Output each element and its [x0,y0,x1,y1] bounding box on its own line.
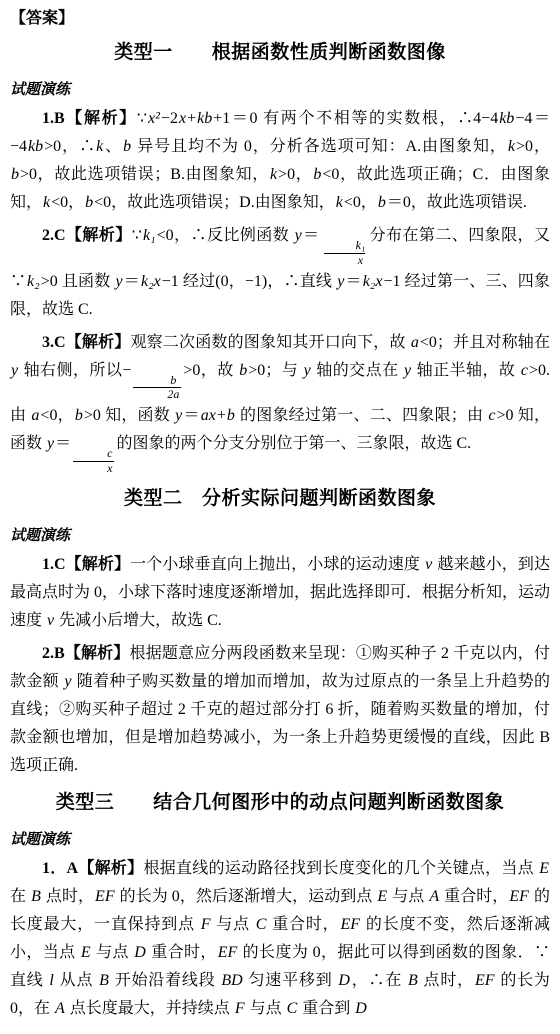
answer-lead: 3.C【解析】 [42,334,130,351]
text-run: 轴右侧，所以− [19,362,131,379]
fraction: b2a [133,374,181,403]
text-run: >0， [278,166,312,183]
solution-paragraph: 2.B【解析】根据题意应分两段函数来呈现：①购买种子 2 千克以内，付款金额 y… [10,640,550,780]
text-run: <0， [40,407,73,424]
math-variable: y [46,435,55,452]
text-run: + [187,110,196,127]
text-run: >0 且函数 [41,273,115,290]
math-variable: x² [147,110,161,127]
text-run: 与点 [388,888,428,905]
math-variable: k₂ [26,273,41,290]
math-variable: b [10,166,20,183]
math-variable: y [336,273,345,290]
text-run: 重合时， [267,916,339,933]
math-variable: c [520,362,529,379]
text-run: 与点 [92,944,134,961]
solution-paragraph: 2.C【解析】∵k₁<0，∴反比例函数 y＝k₁x分布在第二、四象限，又∵k₂>… [10,222,550,324]
text-run: 的图象经过第一、二、四象限；由 [236,407,488,424]
text-run: 重合到 [298,1000,354,1017]
text-run: 点时， [419,972,474,989]
text-run: ＝0，故此选项错误. [387,194,527,211]
math-variable: k [335,194,344,211]
math-variable: y [303,362,312,379]
math-variable: A [428,888,440,905]
math-variable: x [178,110,187,127]
answer-lead: 1．A【解析】 [42,860,143,877]
math-variable: k [269,166,278,183]
math-variable: A [54,1000,66,1017]
math-variable: y [115,273,124,290]
text-run: 先减小后增大，故选 C. [55,612,222,629]
fraction-denominator: x [73,461,114,476]
answer-lead: 1.C【解析】 [42,556,130,573]
math-variable: EF [94,888,116,905]
section-2: 类型二 分析实际问题判断函数图象试题演练1.C【解析】一个小球垂直向上抛出，小球… [10,486,550,780]
math-variable: y [174,407,183,424]
section-1: 类型一 根据函数性质判断函数图像试题演练1.B【解析】∵x²−2x+kb+1＝0… [10,40,550,476]
text-run: 点长度最大，并持续点 [66,1000,234,1017]
text-run: 轴的交点在 [312,362,403,379]
text-run: >0；与 [248,362,302,379]
math-variable: b [377,194,387,211]
text-run: <0，故此选项错误；D.由图象知， [94,194,335,211]
text-run: 与点 [212,916,255,933]
math-variable: b [312,166,322,183]
text-run: 观察二次函数的图象知其开口向下，故 [130,334,409,351]
math-variable: k [507,138,516,155]
math-variable: BD [220,972,243,989]
math-variable: kb [498,110,515,127]
section-title: 类型一 根据函数性质判断函数图像 [10,40,550,66]
fraction: cx [73,447,114,476]
math-variable: ax [200,407,217,424]
math-variable: y [10,362,19,379]
text-run: >0，∴ [44,138,95,155]
text-run: ＝ [124,273,140,290]
answer-lead: 1.B【解析】 [42,110,137,127]
text-run: 异号且均不为 0，分析各选项可知：A.由图象知， [132,138,507,155]
text-run: ∵ [132,227,142,244]
text-run: >0， [516,138,550,155]
text-run: −1 经过(0，−1)，∴直线 [162,273,337,290]
math-variable: y [403,362,412,379]
math-variable: E [80,944,92,961]
text-run: 匀速平移到 [244,972,338,989]
math-variable: C [286,1000,299,1017]
math-variable: a [30,407,40,424]
math-variable: k₁ [142,227,157,244]
practice-label: 试题演练 [10,830,550,850]
text-run: 的长为 0，然后逐渐增大，运动到点 [116,888,377,905]
text-run: 从点 [55,972,98,989]
math-variable: kb [196,110,213,127]
document-page: 【答案】 类型一 根据函数性质判断函数图像试题演练1.B【解析】∵x²−2x+k… [0,0,560,1034]
math-variable: k [42,194,51,211]
text-run: 重合时， [440,888,508,905]
text-run: <0，∴反比例函数 [157,227,294,244]
text-run: <0， [344,194,377,211]
text-run: 一个小球垂直向上抛出，小球的运动速度 [130,556,424,573]
fraction-numerator: b [136,374,178,388]
text-run: 与点 [246,1000,286,1017]
text-run: ，∴在 [351,972,407,989]
math-variable: D [337,972,351,989]
fraction-numerator: k₁ [322,239,368,253]
text-run: ＝ [303,227,320,244]
text-run: −2 [161,110,178,127]
math-variable: c [487,407,496,424]
math-variable: EF [474,972,496,989]
fraction: k₁x [322,239,368,268]
math-variable: v [46,612,55,629]
math-variable: b [84,194,94,211]
text-run: ∵ [137,110,147,127]
math-variable: F [200,916,212,933]
text-run: ＝ [183,407,199,424]
math-variable: a [410,334,420,351]
math-variable: EF [217,944,239,961]
text-run: >0 知，函数 [84,407,174,424]
text-run: 开始沿着线段 [110,972,220,989]
math-variable: EF [340,916,362,933]
text-run: +1＝0 有两个不相等的实数根，∴4−4 [213,110,498,127]
text-run: 重合时， [147,944,217,961]
solution-paragraph: 1.B【解析】∵x²−2x+kb+1＝0 有两个不相等的实数根，∴4−4kb−4… [10,105,550,217]
text-run: 随着种子购买数量的增加而增加，故为过原点的一条呈上升趋势的直线；②购买种子超过 … [10,673,550,774]
math-variable: C [255,916,268,933]
math-variable: k₂x [140,273,162,290]
math-variable: D [133,944,147,961]
text-run: <0；并且对称轴在 [420,334,550,351]
text-run: ＝ [55,435,71,452]
math-variable: b [226,407,236,424]
text-run: 的图象的两个分支分别位于第一、三象限，故选 C. [116,435,471,452]
math-variable: v [424,556,433,573]
math-variable: B [30,888,42,905]
text-run: ＝ [345,273,361,290]
text-run: 点时， [42,888,94,905]
math-variable: b [122,138,132,155]
math-variable: kb [27,138,44,155]
math-variable: D [354,1000,368,1017]
text-run: >0，故此选项错误；B.由图象知， [20,166,269,183]
solution-paragraph: 1.C【解析】一个小球垂直向上抛出，小球的运动速度 v 越来越小，到达最高点时为… [10,551,550,635]
math-variable: B [98,972,110,989]
text-run: 、 [104,138,122,155]
fraction-numerator: c [73,447,114,461]
answer-lead: 2.C【解析】 [42,227,132,244]
practice-label: 试题演练 [10,80,550,100]
solution-paragraph: 3.C【解析】观察二次函数的图象知其开口向下，故 a<0；并且对称轴在 y 轴右… [10,329,550,476]
math-variable: k [95,138,104,155]
practice-label: 试题演练 [10,526,550,546]
fraction-denominator: x [324,253,365,268]
section-title: 类型二 分析实际问题判断函数图象 [10,486,550,512]
text-run: <0， [51,194,84,211]
math-variable: E [538,860,550,877]
section-3: 类型三 结合几何图形中的动点问题判断函数图象试题演练1．A【解析】根据直线的运动… [10,790,550,1023]
text-run: 在 [10,888,30,905]
math-variable: k₂x [362,273,384,290]
math-variable: B [407,972,419,989]
sections: 类型一 根据函数性质判断函数图像试题演练1.B【解析】∵x²−2x+kb+1＝0… [10,40,550,1023]
text-run: >0，故 [183,362,238,379]
solution-paragraph: 1．A【解析】根据直线的运动路径找到长度变化的几个关键点，当点 E 在 B 点时… [10,855,550,1023]
math-variable: b [238,362,248,379]
answer-lead: 2.B【解析】 [42,645,130,662]
math-variable: EF [508,888,530,905]
math-variable: F [234,1000,246,1017]
section-title: 类型三 结合几何图形中的动点问题判断函数图象 [10,790,550,816]
math-variable: y [294,227,303,244]
math-variable: b [74,407,84,424]
fraction-denominator: 2a [133,387,181,402]
text-run: 根据直线的运动路径找到长度变化的几个关键点，当点 [143,860,538,877]
text-run: + [217,407,226,424]
math-variable: E [376,888,388,905]
text-run: 轴正半轴，故 [412,362,520,379]
answer-label: 【答案】 [10,8,550,30]
